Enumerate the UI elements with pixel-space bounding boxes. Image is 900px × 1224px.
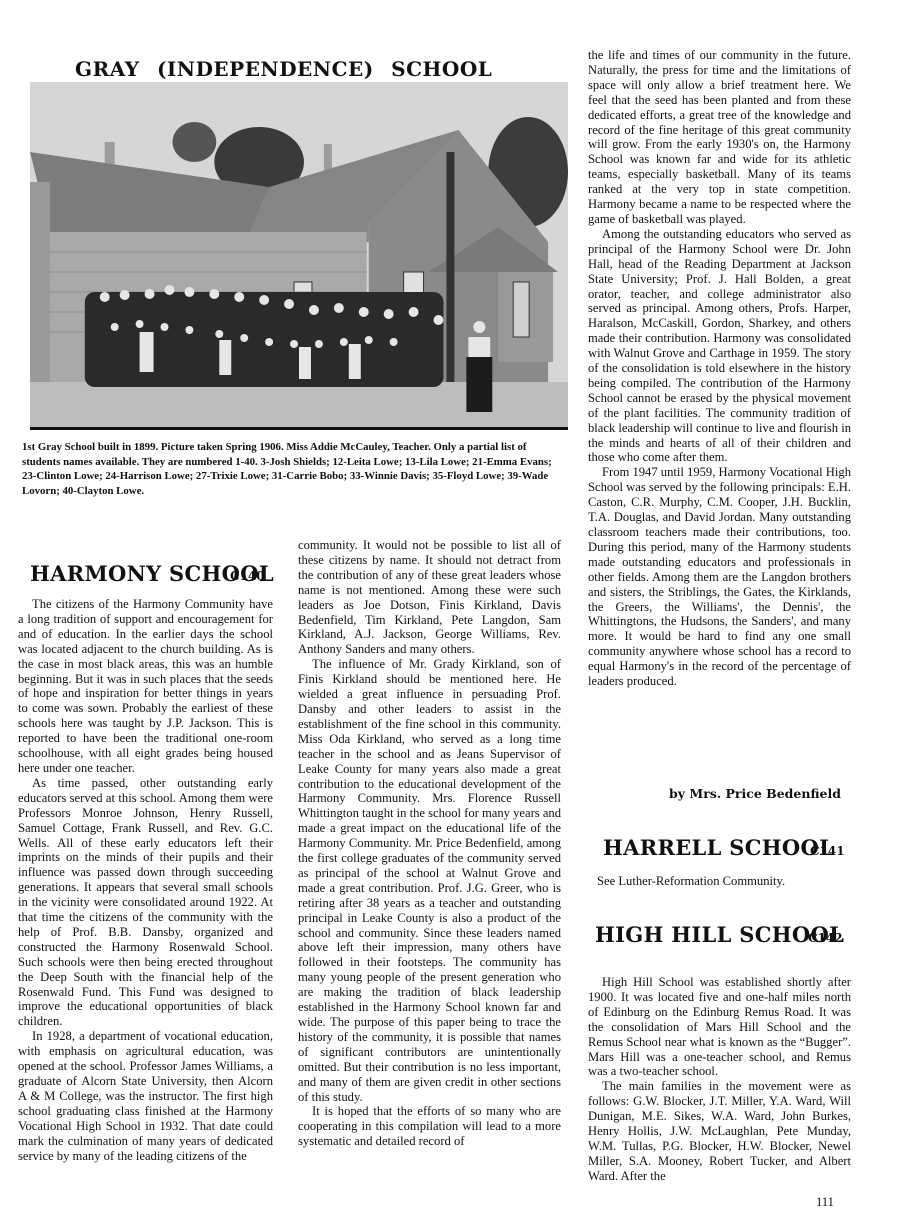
paragraph: It is hoped that the efforts of so many …	[298, 1104, 561, 1149]
paragraph: As time passed, other outstanding early …	[18, 776, 273, 1029]
schoolhouse-photo-illustration	[30, 82, 568, 427]
paragraph: The main families in the movement were a…	[588, 1079, 851, 1183]
section-heading-harrell-school: HARRELL SCHOOL	[603, 835, 834, 860]
paragraph: the life and times of our community in t…	[588, 48, 851, 227]
harmony-column-2: community. It would not be possible to l…	[298, 538, 561, 1149]
page-title: GRAY (INDEPENDENCE) SCHOOL	[75, 57, 495, 81]
section-heading-high-hill-school: HIGH HILL SCHOOL	[595, 922, 844, 947]
harmony-column-3: the life and times of our community in t…	[588, 48, 851, 689]
paragraph: The citizens of the Harmony Community ha…	[18, 597, 273, 776]
section-code-harmony: C140	[230, 569, 265, 583]
photo-caption: 1st Gray School built in 1899. Picture t…	[22, 440, 567, 498]
section-code-high-hill: C142	[808, 931, 843, 945]
paragraph: Among the outstanding educators who serv…	[588, 227, 851, 466]
high-hill-column: High Hill School was established shortly…	[588, 975, 851, 1184]
paragraph: community. It would not be possible to l…	[298, 538, 561, 657]
harmony-column-1: The citizens of the Harmony Community ha…	[18, 597, 273, 1163]
section-code-harrell: C141	[810, 844, 845, 858]
paragraph: From 1947 until 1959, Harmony Vocational…	[588, 465, 851, 689]
paragraph: High Hill School was established shortly…	[588, 975, 851, 1079]
paragraph: In 1928, a department of vocational educ…	[18, 1029, 273, 1163]
paragraph: The influence of Mr. Grady Kirkland, son…	[298, 657, 561, 1104]
page-number: 111	[816, 1195, 834, 1210]
school-photograph	[30, 82, 568, 430]
cross-reference: See Luther-Reformation Community.	[597, 874, 785, 889]
author-byline: by Mrs. Price Bedenfield	[669, 786, 841, 801]
